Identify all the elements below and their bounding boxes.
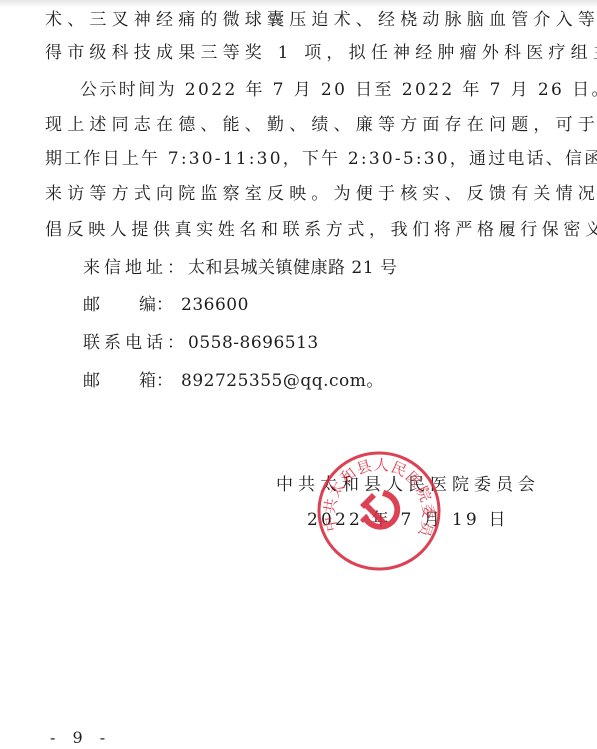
- contact-postcode: 邮编：236600: [83, 294, 249, 316]
- paragraph-line: 期工作日上午 7:30-11:30，下午 2:30-5:30，通过电话、信函、: [45, 148, 517, 170]
- address-label: 来信地址：: [83, 258, 188, 278]
- paragraph-line: 来访等方式向院监察室反映。为便于核实、反馈有关情况，提: [45, 183, 517, 205]
- postcode-label: 邮编：: [83, 294, 181, 316]
- paragraph-line: 倡反映人提供真实姓名和联系方式，我们将严格履行保密义务。: [45, 219, 517, 241]
- email-label: 邮箱：: [83, 370, 181, 392]
- document-page: 术、三叉神经痛的微球囊压迫术、经桡动脉脑血管介入等，获 得市级科技成果三等奖 1…: [0, 0, 597, 749]
- paragraph-line: 术、三叉神经痛的微球囊压迫术、经桡动脉脑血管介入等，获: [45, 9, 517, 31]
- signature-date: 2022 年 7 月 19 日: [307, 509, 509, 531]
- phone-value: 0558-8696513: [188, 333, 319, 353]
- phone-label: 联系电话：: [83, 332, 188, 354]
- signature-organization: 中共太和县人民医院委员会: [276, 474, 540, 496]
- paragraph-line: 公示时间为 2022 年 7 月 20 日至 2022 年 7 月 26 日。如…: [80, 79, 517, 101]
- postcode-value: 236600: [181, 295, 249, 315]
- paragraph-line: 现上述同志在德、能、勤、绩、廉等方面存在问题，可于公示: [45, 114, 517, 136]
- email-value: 892725355@qq.com。: [181, 371, 384, 391]
- page-number: - 9 -: [50, 728, 111, 747]
- contact-address: 来信地址：太和县城关镇健康路 21 号: [83, 257, 397, 279]
- address-value: 太和县城关镇健康路 21 号: [188, 258, 397, 278]
- contact-email: 邮箱：892725355@qq.com。: [83, 370, 384, 392]
- paragraph-line: 得市级科技成果三等奖 1 项，拟任神经肿瘤外科医疗组主任。: [45, 42, 517, 64]
- contact-phone: 联系电话：0558-8696513: [83, 332, 319, 354]
